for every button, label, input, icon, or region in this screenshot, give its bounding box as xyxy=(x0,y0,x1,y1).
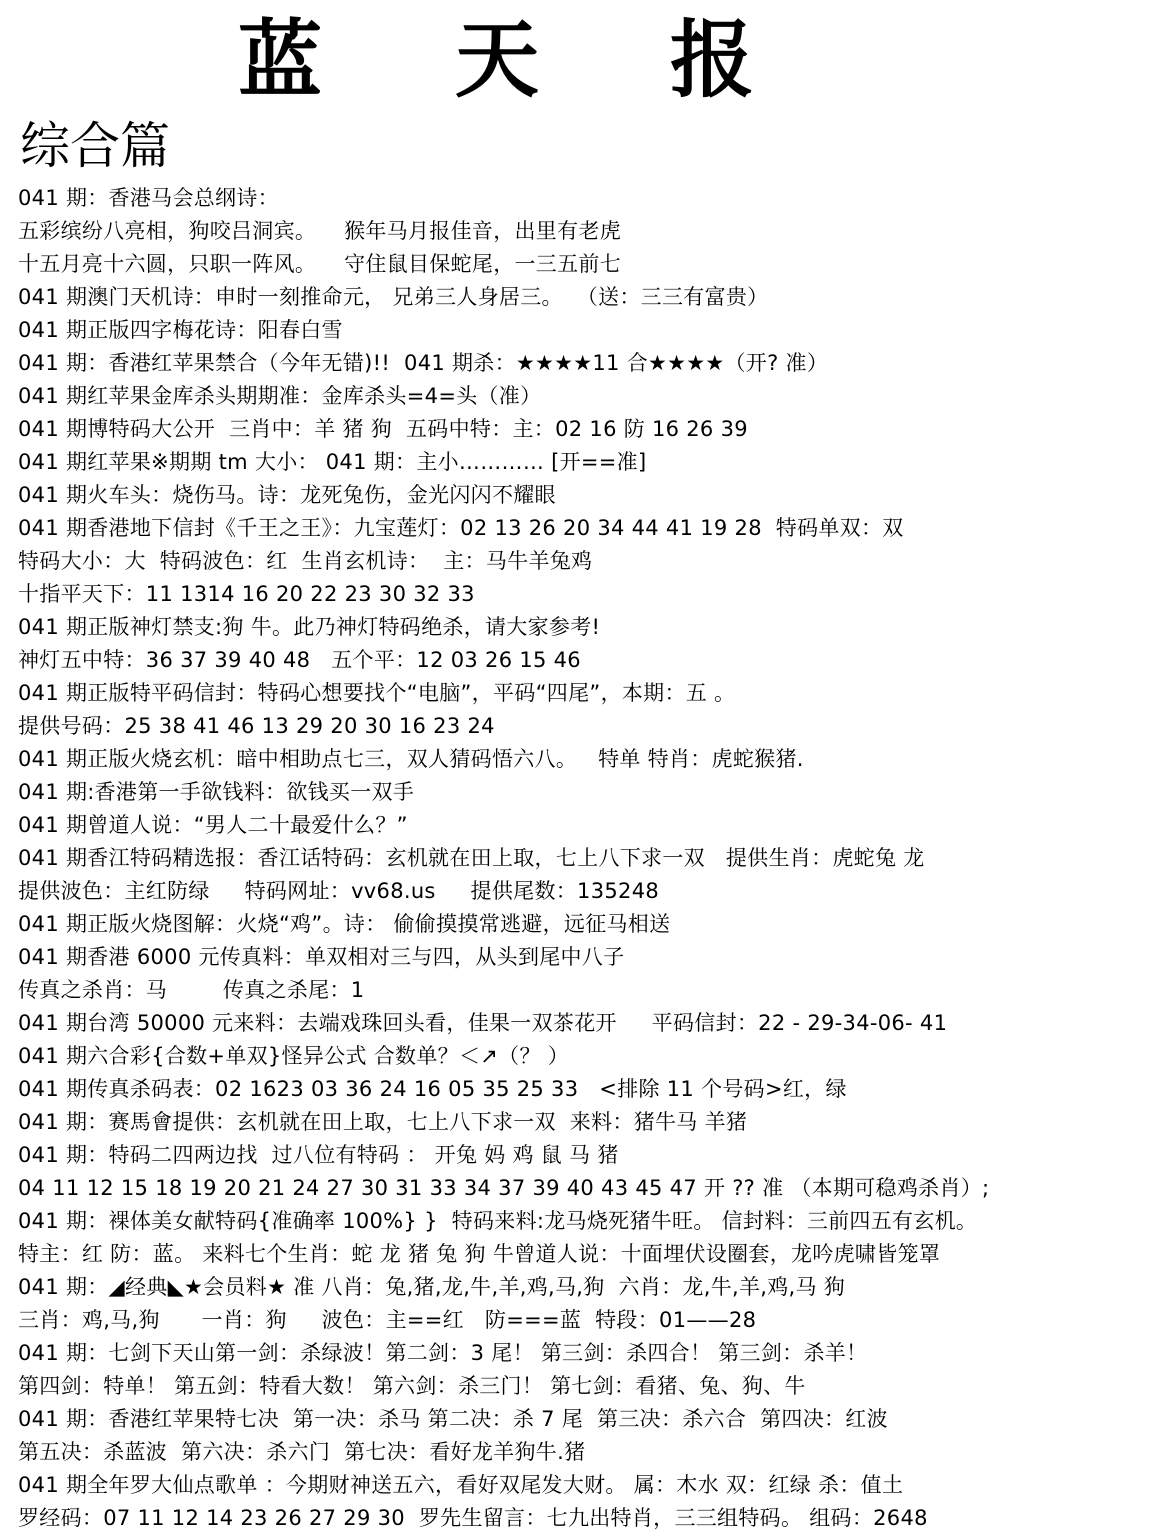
text-line: 041 期正版火烧玄机：暗中相助点七三，双人猜码悟六八。 特单 特肖：虎蛇猴猪. xyxy=(18,743,989,776)
text-line: 041 期红苹果金库杀头期期准：金库杀头=4=头（准） xyxy=(18,380,989,413)
text-line: 041 期博特码大公开 三肖中：羊 猪 狗 五码中特：主：02 16 防 16 … xyxy=(18,413,989,446)
text-line: 提供波色：主红防绿 特码网址：vv68.us 提供尾数：135248 xyxy=(18,875,989,908)
text-line: 041 期台湾 50000 元来料：去端戏珠回头看，佳果一双茶花开 平码信封：2… xyxy=(18,1007,989,1040)
text-line: 041 期：裸体美女献特码{准确率 100%} } 特码来料:龙马烧死猪牛旺。 … xyxy=(18,1205,989,1238)
text-line: 041 期火车头：烧伤马。诗：龙死兔伤，金光闪闪不耀眼 xyxy=(18,479,989,512)
text-line: 提供号码：25 38 41 46 13 29 20 30 16 23 24 xyxy=(18,710,989,743)
text-line: 041 期：香港红苹果特七决 第一决：杀马 第二决：杀 7 尾 第三决：杀六合 … xyxy=(18,1403,989,1436)
text-line: 五彩缤纷八亮相，狗咬吕洞宾。 猴年马月报佳音，出里有老虎 xyxy=(18,215,989,248)
text-line: 041 期正版火烧图解：火烧“鸡”。诗： 偷偷摸摸常逃避，远征马相送 xyxy=(18,908,989,941)
text-line: 传真之杀肖：马 传真之杀尾：1 xyxy=(18,974,989,1007)
title-char-2: 天 xyxy=(455,10,539,110)
text-line: 第五决：杀蓝波 第六决：杀六门 第七决：看好龙羊狗牛.猪 xyxy=(18,1436,989,1469)
text-line: 神灯五中特：36 37 39 40 48 五个平：12 03 26 15 46 xyxy=(18,644,989,677)
text-line: 04 11 12 15 18 19 20 21 24 27 30 31 33 3… xyxy=(18,1172,989,1205)
text-line: 041 期：七剑下天山第一剑：杀绿波！第二剑：3 尾！ 第三剑：杀四合！ 第三剑… xyxy=(18,1337,989,1370)
text-line: 041 期澳门天机诗：申时一刻推命元， 兄弟三人身居三。 （送：三三有富贵） xyxy=(18,281,989,314)
text-line: 三肖：鸡,马,狗 一肖：狗 波色：主==红 防===蓝 特段：01——28 xyxy=(18,1304,989,1337)
text-line: 十五月亮十六圆，只职一阵风。 守住鼠目保蛇尾，一三五前七 xyxy=(18,248,989,281)
title-char-1: 蓝 xyxy=(238,10,322,110)
text-line: 041 期六合彩{合数+单双}怪异公式 合数单？＜↗（？ ） xyxy=(18,1040,989,1073)
text-line: 041 期全年罗大仙点歌单 ：今期财神送五六，看好双尾发大财。 属：木水 双：红… xyxy=(18,1469,989,1502)
text-line: 041 期正版特平码信封：特码心想要找个“电脑”，平码“四尾”，本期：五 。 xyxy=(18,677,989,710)
content-lines: 041 期：香港马会总纲诗： 五彩缤纷八亮相，狗咬吕洞宾。 猴年马月报佳音，出里… xyxy=(18,182,989,1535)
text-line: 041 期:香港第一手欲钱料：欲钱买一双手 xyxy=(18,776,989,809)
text-line: 041 期香港 6000 元传真料：单双相对三与四，从头到尾中八子 xyxy=(18,941,989,974)
text-line: 罗经码：07 11 12 14 23 26 27 29 30 罗先生留言：七九出… xyxy=(18,1502,989,1535)
text-line: 041 期正版四字梅花诗：阳春白雪 xyxy=(18,314,989,347)
text-line: 041 期：香港马会总纲诗： xyxy=(18,182,989,215)
text-line: 041 期：香港红苹果禁合（今年无错)!! 041 期杀：★★★★11 合★★★… xyxy=(18,347,989,380)
text-line: 041 期红苹果※期期 tm 大小： 041 期：主小………… [开==准] xyxy=(18,446,989,479)
text-line: 第四剑：特单！ 第五剑：特看大数！ 第六剑：杀三门！ 第七剑：看猪、兔、狗、牛 xyxy=(18,1370,989,1403)
text-line: 特码大小：大 特码波色：红 生肖玄机诗： 主：马牛羊兔鸡 xyxy=(18,545,989,578)
text-line: 041 期传真杀码表：02 1623 03 36 24 16 05 35 25 … xyxy=(18,1073,989,1106)
text-line: 十指平天下：11 1314 16 20 22 23 30 32 33 xyxy=(18,578,989,611)
text-line: 041 期香江特码精选报：香江话特码：玄机就在田上取，七上八下求一双 提供生肖：… xyxy=(18,842,989,875)
text-line: 041 期正版神灯禁支:狗 牛。此乃神灯特码绝杀，请大家参考! xyxy=(18,611,989,644)
title-char-3: 报 xyxy=(670,10,754,110)
text-line: 041 期：赛馬會提供：玄机就在田上取，七上八下求一双 来料：猪牛马 羊猪 xyxy=(18,1106,989,1139)
text-line: 特主：红 防：蓝。 来料七个生肖：蛇 龙 猪 兔 狗 牛曾道人说：十面埋伏设圈套… xyxy=(18,1238,989,1271)
text-line: 041 期：特码二四两边找 过八位有特码 ： 开兔 妈 鸡 鼠 马 猪 xyxy=(18,1139,989,1172)
text-line: 041 期香港地下信封《千王之王》：九宝莲灯：02 13 26 20 34 44… xyxy=(18,512,989,545)
section-heading: 综合篇 xyxy=(20,116,170,176)
text-line: 041 期曾道人说：“男人二十最爱什么？” xyxy=(18,809,989,842)
page-title: 蓝 天 报 xyxy=(0,10,1176,110)
text-line: 041 期：◢经典◣★会员料★ 准 八肖：兔,猪,龙,牛,羊,鸡,马,狗 六肖：… xyxy=(18,1271,989,1304)
